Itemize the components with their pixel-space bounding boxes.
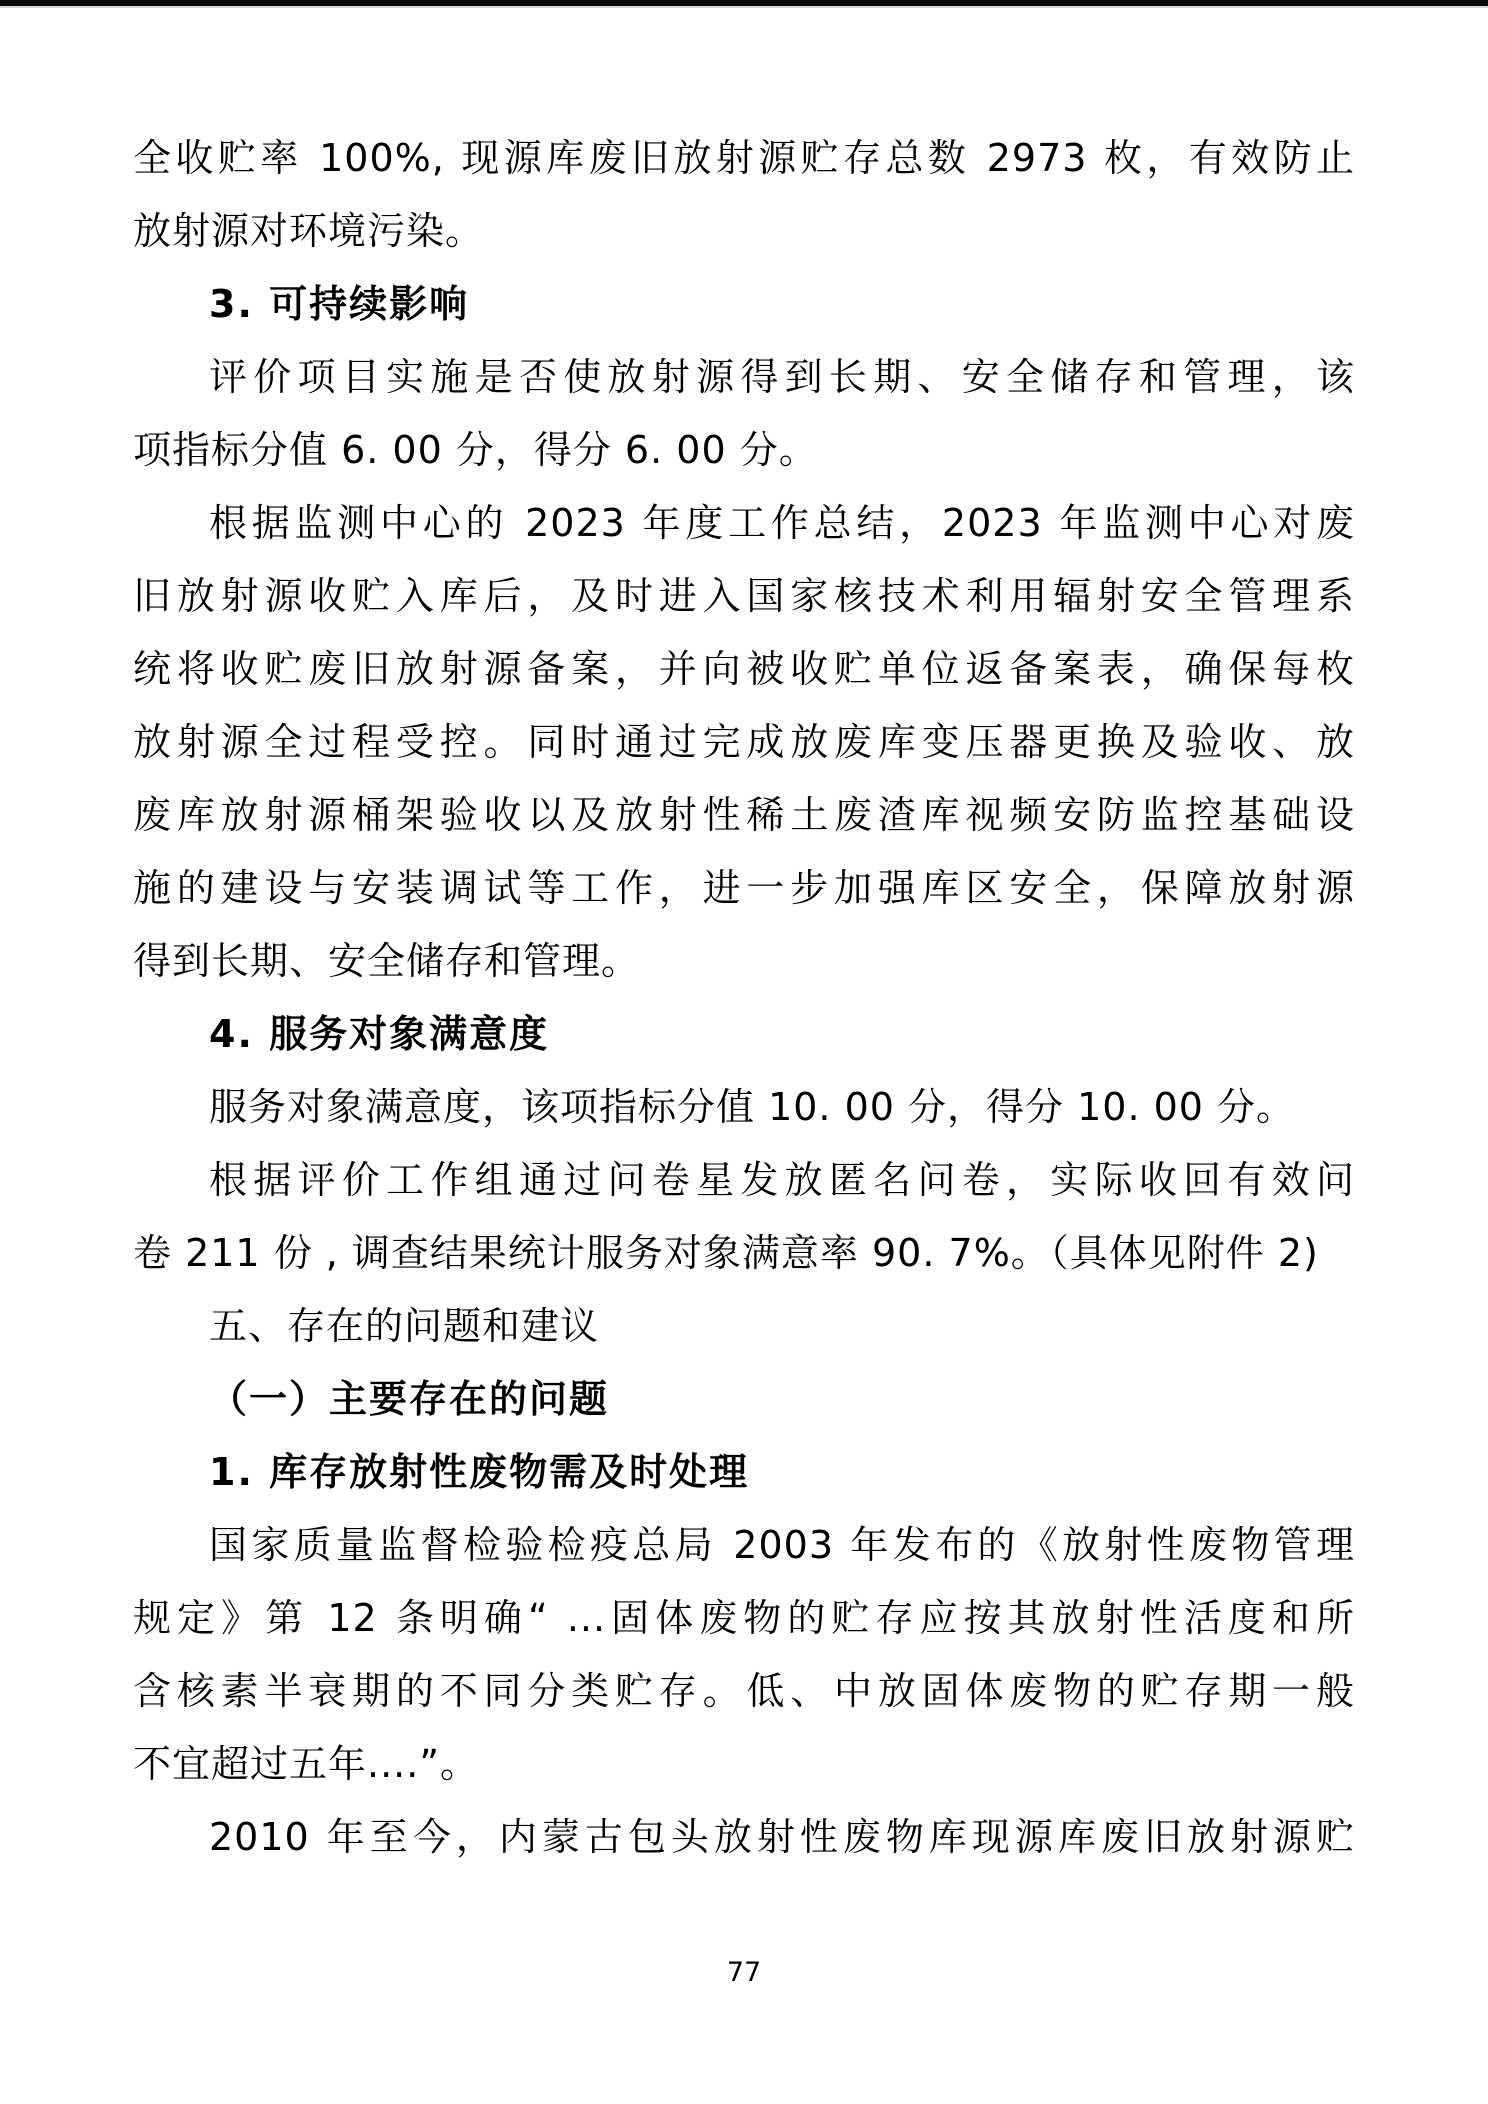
text-line: 规定》第 12 条明确“ ...固体废物的贮存应按其放射性活度和所 — [133, 1582, 1355, 1655]
heading-line: 3. 可持续影响 — [133, 268, 1355, 341]
document-page: 全收贮率 100%, 现源库废旧放射源贮存总数 2973 枚，有效防止放射源对环… — [0, 0, 1488, 2104]
text-line: 全收贮率 100%, 现源库废旧放射源贮存总数 2973 枚，有效防止 — [133, 122, 1355, 195]
text-line: 废库放射源桶架验收以及放射性稀土废渣库视频安防监控基础设 — [133, 779, 1355, 852]
text-line: 不宜超过五年....”。 — [133, 1728, 1355, 1801]
page-number: 77 — [0, 1956, 1488, 1990]
text-line: 根据监测中心的 2023 年度工作总结，2023 年监测中心对废 — [133, 487, 1355, 560]
text-line: 旧放射源收贮入库后，及时进入国家核技术利用辐射安全管理系 — [133, 560, 1355, 633]
text-line: 五、存在的问题和建议 — [133, 1290, 1355, 1363]
document-lines: 全收贮率 100%, 现源库废旧放射源贮存总数 2973 枚，有效防止放射源对环… — [133, 122, 1355, 1874]
text-line: 国家质量监督检验检疫总局 2003 年发布的《放射性废物管理 — [133, 1509, 1355, 1582]
text-line: 2010 年至今，内蒙古包头放射性废物库现源库废旧放射源贮 — [133, 1801, 1355, 1874]
text-line: 评价项目实施是否使放射源得到长期、安全储存和管理，该 — [133, 341, 1355, 414]
heading-line: （一）主要存在的问题 — [133, 1363, 1355, 1436]
text-line: 放射源全过程受控。同时通过完成放废库变压器更换及验收、放 — [133, 706, 1355, 779]
text-line: 卷 211 份 , 调查结果统计服务对象满意率 90. 7%。（具体见附件 2) — [133, 1217, 1355, 1290]
text-line: 施的建设与安装调试等工作，进一步加强库区安全，保障放射源 — [133, 852, 1355, 925]
text-line: 项指标分值 6. 00 分，得分 6. 00 分。 — [133, 414, 1355, 487]
text-line: 得到长期、安全储存和管理。 — [133, 925, 1355, 998]
scan-edge-shadow — [0, 6, 1488, 8]
heading-line: 4. 服务对象满意度 — [133, 998, 1355, 1071]
heading-line: 1. 库存放射性废物需及时处理 — [133, 1436, 1355, 1509]
text-line: 统将收贮废旧放射源备案，并向被收贮单位返备案表，确保每枚 — [133, 633, 1355, 706]
text-line: 放射源对环境污染。 — [133, 195, 1355, 268]
text-line: 根据评价工作组通过问卷星发放匿名问卷，实际收回有效问 — [133, 1144, 1355, 1217]
text-line: 服务对象满意度，该项指标分值 10. 00 分，得分 10. 00 分。 — [133, 1071, 1355, 1144]
text-line: 含核素半衰期的不同分类贮存。低、中放固体废物的贮存期一般 — [133, 1655, 1355, 1728]
